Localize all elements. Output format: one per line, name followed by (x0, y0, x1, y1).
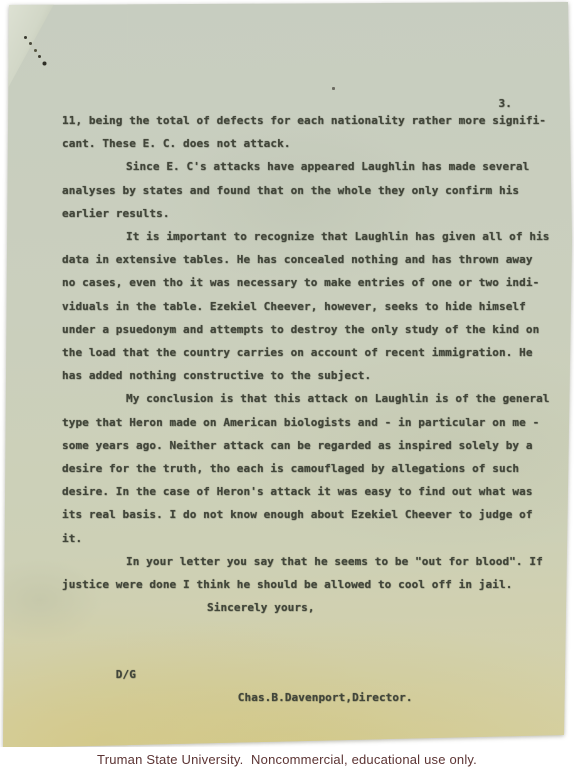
letter-line: its real basis. I do not know enough abo… (62, 503, 562, 526)
letter-line: Since E. C's attacks have appeared Laugh… (62, 155, 562, 178)
letter-line: My conclusion is that this attack on Lau… (62, 387, 562, 410)
signature-name: Chas.B.Davenport,Director. (238, 691, 413, 704)
letter-body: 11, being the total of defects for each … (62, 109, 562, 732)
typist-initials: D/G (116, 668, 136, 681)
letter-line: data in extensive tables. He has conceal… (62, 248, 562, 271)
footer-strip: Truman State University. Noncommercial, … (0, 747, 574, 772)
staple-marks (24, 36, 27, 39)
closing-line: Sincerely yours, (62, 596, 562, 619)
corner-fold (8, 4, 54, 88)
letter-line: under a psuedonym and attempts to destro… (62, 318, 562, 341)
letter-line: viduals in the table. Ezekiel Cheever, h… (62, 295, 562, 318)
letter-line: has added nothing constructive to the su… (62, 364, 562, 387)
letter-line: desire for the truth, tho each is camouf… (62, 457, 562, 480)
letter-line: no cases, even tho it was necessary to m… (62, 271, 562, 294)
letter-line: justice were done I think he should be a… (62, 573, 562, 596)
footer-credit: Truman State University. Noncommercial, … (97, 752, 477, 767)
letter-line: It is important to recognize that Laughl… (62, 225, 562, 248)
letter-line: In your letter you say that he seems to … (62, 550, 562, 573)
scanned-letter: 3. 11, being the total of defects for ea… (0, 0, 574, 772)
letter-line: analyses by states and found that on the… (62, 179, 562, 202)
letter-line: some years ago. Neither attack can be re… (62, 434, 562, 457)
letter-line: the load that the country carries on acc… (62, 341, 562, 364)
signature-row: D/G Chas.B.Davenport,Director. (62, 639, 562, 732)
letter-line: 11, being the total of defects for each … (62, 109, 562, 132)
letter-line: type that Heron made on American biologi… (62, 411, 562, 434)
paper-speck (332, 87, 335, 90)
letter-line: cant. These E. C. does not attack. (62, 132, 562, 155)
letter-paper: 3. 11, being the total of defects for ea… (0, 0, 574, 772)
scanned-letter-page: { "letter": { "page_number": "3.", "line… (0, 0, 574, 772)
letter-line: desire. In the case of Heron's attack it… (62, 480, 562, 503)
letter-line: earlier results. (62, 202, 562, 225)
letter-line: it. (62, 527, 562, 550)
